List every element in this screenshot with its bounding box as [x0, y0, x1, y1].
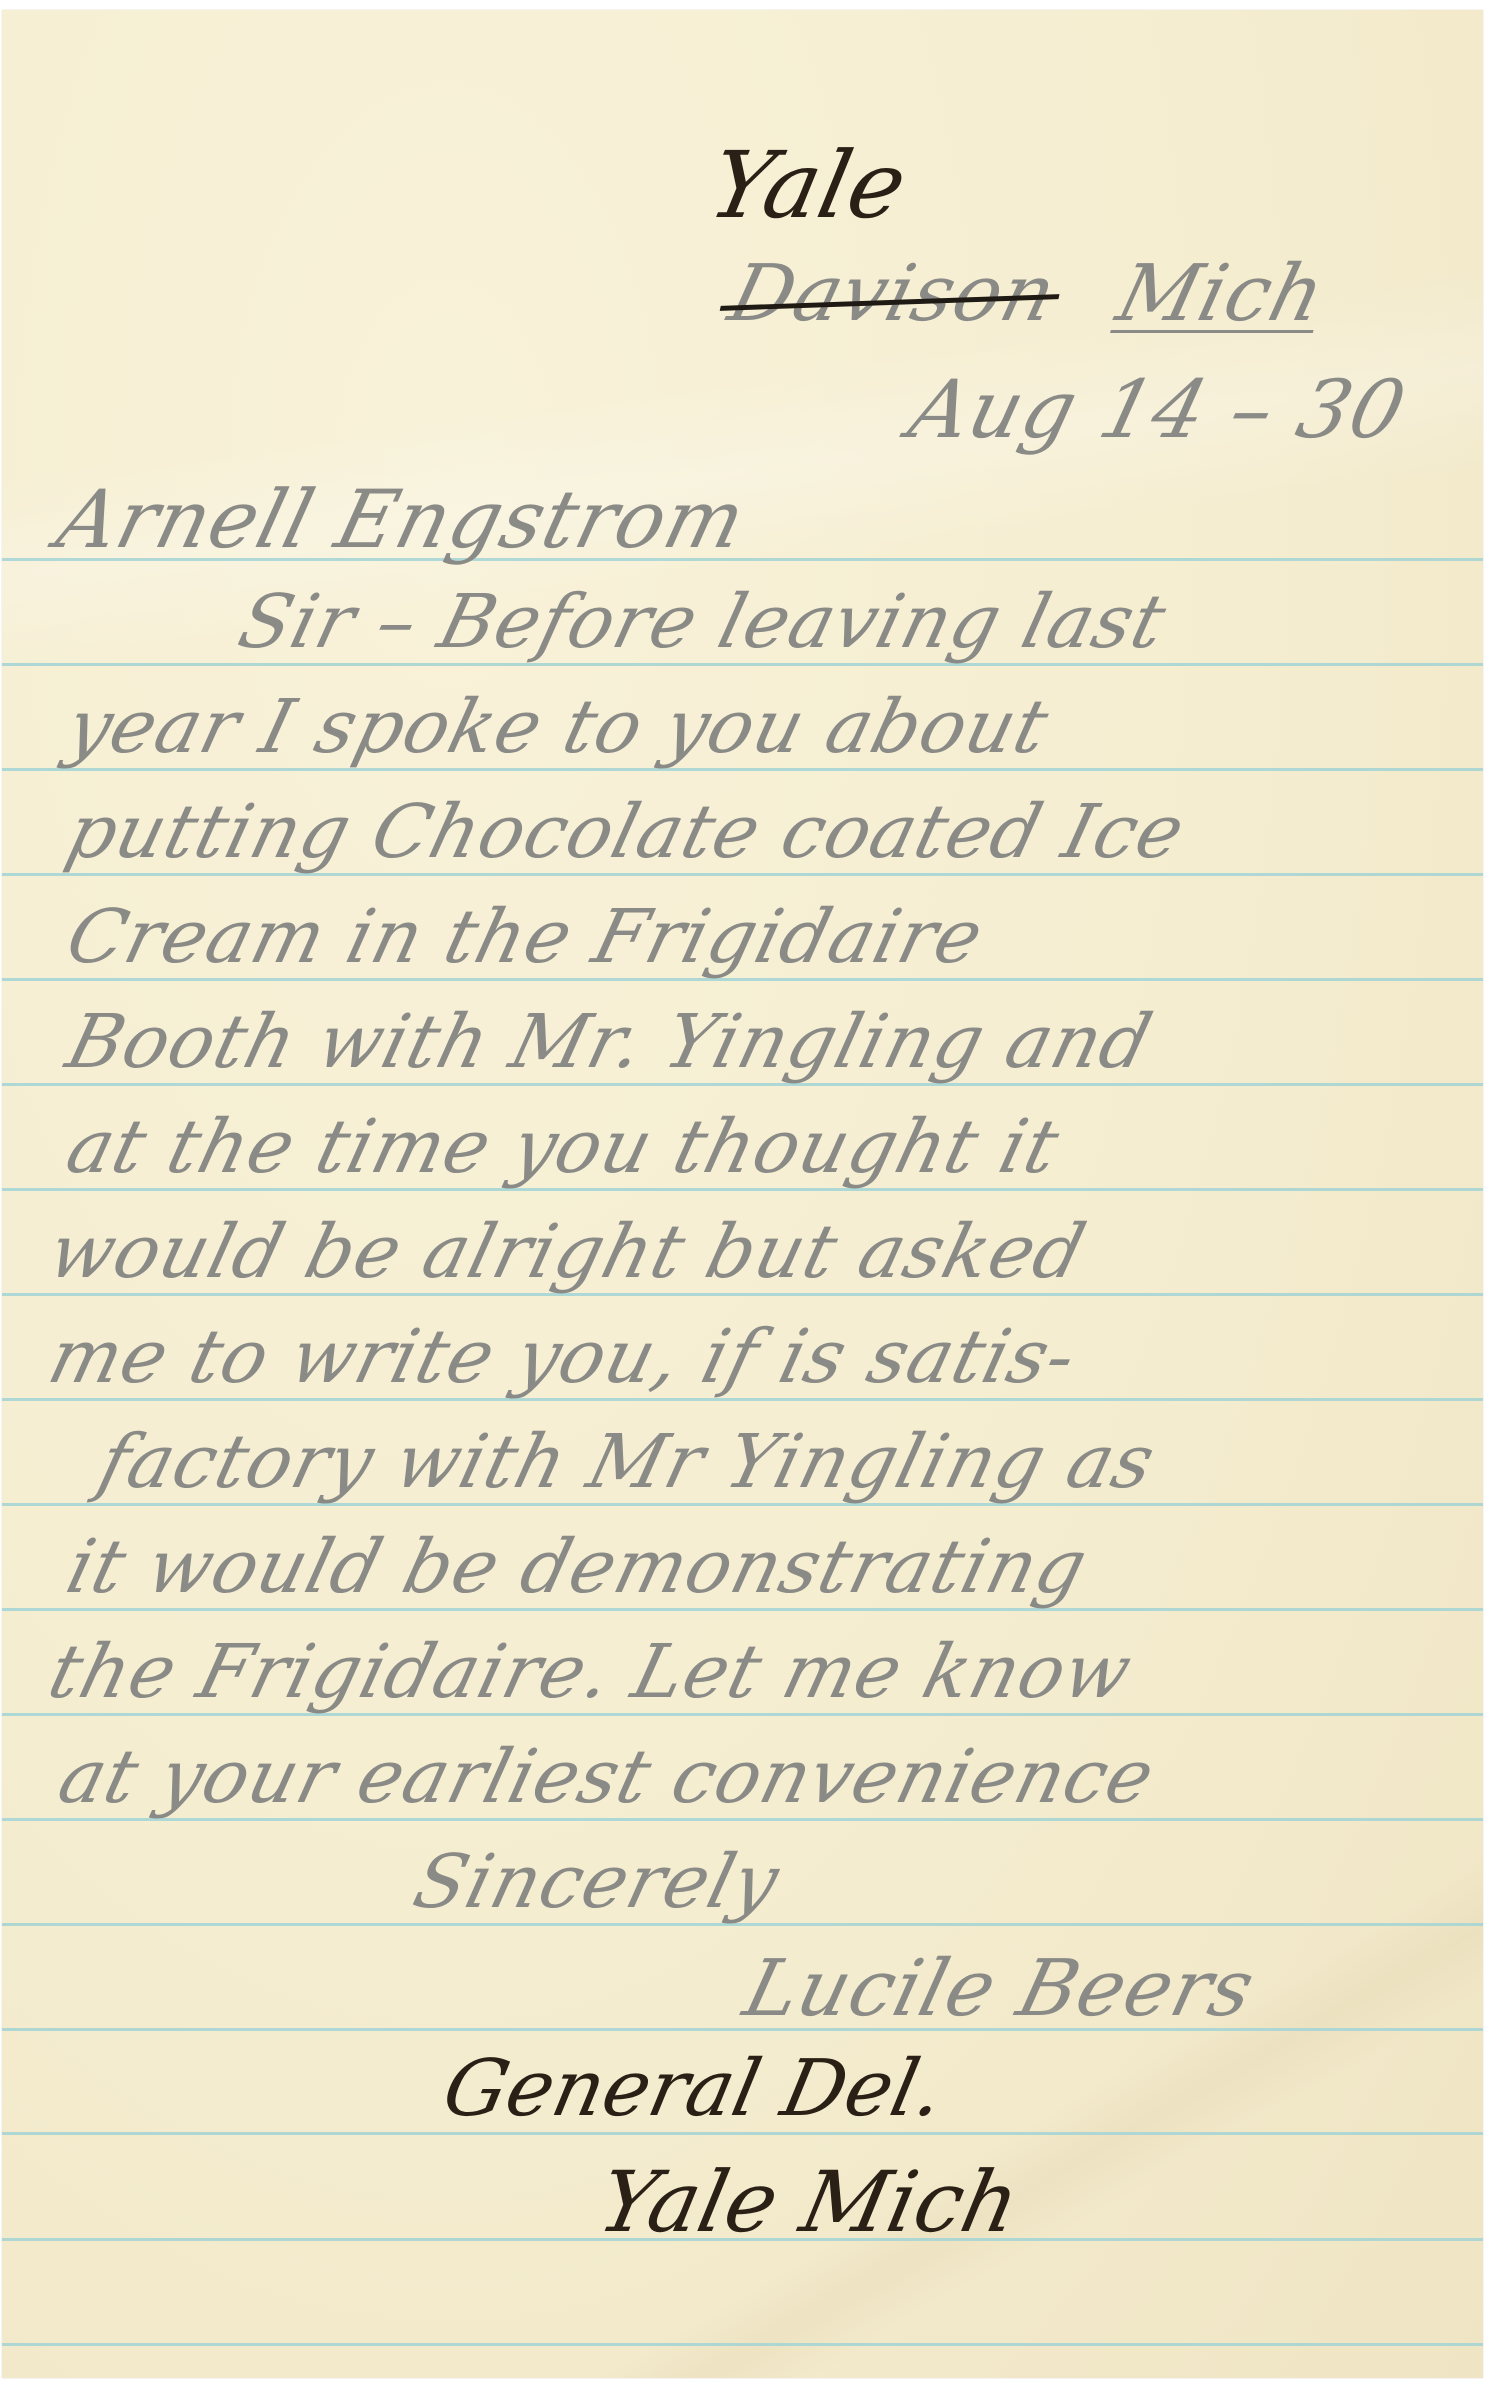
body-line: Booth with Mr. Yingling and: [60, 1005, 1159, 1079]
body-line: the Frigidaire. Let me know: [42, 1635, 1139, 1709]
recipient-name: Arnell Engstrom: [50, 480, 753, 560]
body-line: factory with Mr Yingling as: [92, 1425, 1162, 1499]
body-line: Cream in the Frigidaire: [60, 900, 990, 974]
letter-paper: Yale Davison Mich Aug 14 – 30 Arnell Eng…: [2, 10, 1483, 2378]
heading-place-struck: Davison: [722, 255, 1064, 333]
return-address-line2: Yale Mich: [592, 2160, 1026, 2244]
body-line: it would be demonstrating: [60, 1530, 1094, 1604]
body-line: at the time you thought it: [60, 1110, 1066, 1184]
body-line: would be alright but asked: [42, 1215, 1093, 1289]
letter-date: Aug 14 – 30: [902, 370, 1413, 450]
closing: Sincerely: [407, 1845, 786, 1919]
body-line: at your earliest convenience: [52, 1740, 1162, 1814]
heading-place-inserted: Yale: [702, 140, 914, 232]
heading-place-line: Davison Mich: [722, 255, 1332, 333]
body-line: me to write you, if is satis-: [42, 1320, 1083, 1394]
body-line: Sir – Before leaving last: [232, 585, 1173, 659]
heading-state: Mich: [1109, 249, 1334, 339]
ruled-line: [2, 2343, 1483, 2346]
return-address-line1: General Del.: [437, 2050, 950, 2128]
signature: Lucile Beers: [737, 1950, 1262, 2028]
body-line: year I spoke to you about: [60, 690, 1056, 764]
body-line: putting Chocolate coated Ice: [60, 795, 1192, 869]
